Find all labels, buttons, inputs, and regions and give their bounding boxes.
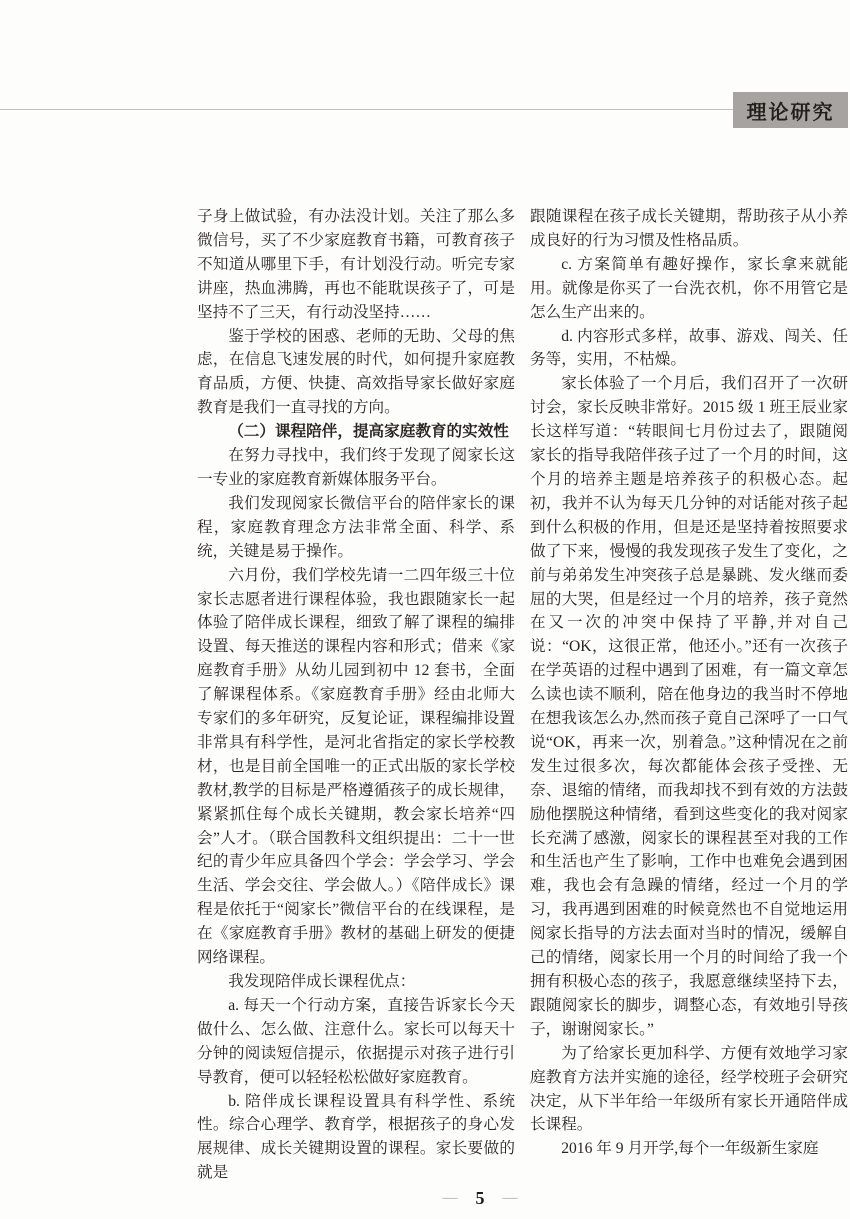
paragraph: 子身上做试验，有办法没计划。关注了那么多微信号，买了不少家庭教育书籍，可教育孩子… — [197, 205, 515, 325]
header-rule — [0, 109, 733, 110]
section-label: 理论研究 — [747, 96, 835, 125]
paragraph: 六月份，我们学校先请一二四年级三十位家长志愿者进行课程体验，我也跟随家长一起体验… — [197, 564, 515, 970]
page-number: 5 — [476, 1188, 485, 1209]
right-column: 跟随课程在孩子成长关键期，帮助孩子从小养成良好的行为习惯及性格品质。c. 方案简… — [530, 205, 848, 1185]
paragraph: c. 方案简单有趣好操作，家长拿来就能用。就像是你买了一台洗衣机，你不用管它是怎… — [530, 253, 848, 325]
text-columns: 子身上做试验，有办法没计划。关注了那么多微信号，买了不少家庭教育书籍，可教育孩子… — [197, 205, 848, 1185]
page-footer: — 5 — — [443, 1188, 518, 1209]
footer-left-dash: — — [443, 1190, 458, 1207]
section-heading: （二）课程陪伴，提高家庭教育的实效性 — [197, 420, 515, 444]
paragraph: 鉴于学校的困惑、老师的无助、父母的焦虑，在信息飞速发展的时代，如何提升家庭教育品… — [197, 325, 515, 421]
paragraph: 2016 年 9 月开学,每个一年级新生家庭 — [530, 1137, 848, 1161]
paragraph: 在努力寻找中，我们终于发现了阅家长这一专业的家庭教育新媒体服务平台。 — [197, 444, 515, 492]
section-label-box: 理论研究 — [733, 92, 848, 128]
document-page: 理论研究 子身上做试验，有办法没计划。关注了那么多微信号，买了不少家庭教育书籍，… — [0, 0, 850, 1219]
paragraph: 家长体验了一个月后，我们召开了一次研讨会，家长反映非常好。2015 级 1 班王… — [530, 372, 848, 1041]
paragraph: 跟随课程在孩子成长关键期，帮助孩子从小养成良好的行为习惯及性格品质。 — [530, 205, 848, 253]
paragraph: d. 内容形式多样，故事、游戏、闯关、任务等，实用，不枯燥。 — [530, 325, 848, 373]
paragraph: 为了给家长更加科学、方便有效地学习家庭教育方法并实施的途径，经学校班子会研究决定… — [530, 1042, 848, 1138]
paragraph: b. 陪伴成长课程设置具有科学性、系统性。综合心理学、教育学，根据孩子的身心发展… — [197, 1090, 515, 1186]
paragraph: 我们发现阅家长微信平台的陪伴家长的课程，家庭教育理念方法非常全面、科学、系统，关… — [197, 492, 515, 564]
paragraph: 我发现陪伴成长课程优点： — [197, 970, 515, 994]
footer-right-dash: — — [503, 1190, 518, 1207]
paragraph: a. 每天一个行动方案，直接告诉家长今天做什么、怎么做、注意什么。家长可以每天十… — [197, 994, 515, 1090]
left-column: 子身上做试验，有办法没计划。关注了那么多微信号，买了不少家庭教育书籍，可教育孩子… — [197, 205, 515, 1185]
